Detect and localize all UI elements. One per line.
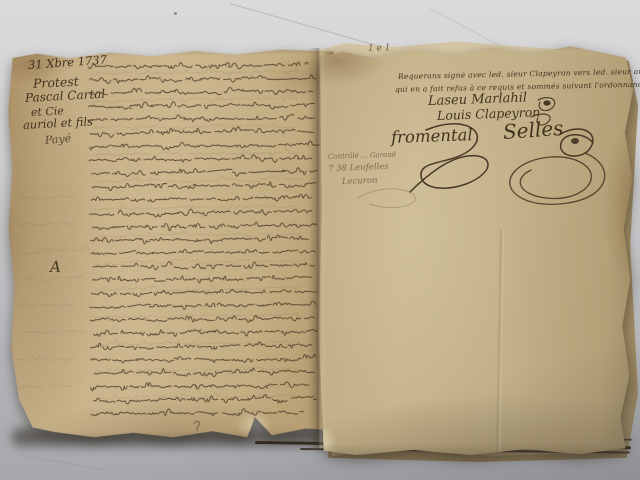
signature-flourishes [358,98,605,208]
handwriting-line [88,114,315,123]
handwriting-line [91,381,309,391]
flourish-oval [510,153,605,204]
handwriting-line [20,194,75,199]
handwriting-line [94,203,299,211]
handwriting-line [92,248,315,255]
left-page [4,44,338,447]
handwriting-line [94,328,317,338]
handwriting-line [94,367,315,378]
handwriting-line [19,383,72,388]
handwriting-line [91,289,316,297]
handwriting-line [90,141,320,150]
handwriting-line [88,100,314,111]
handwriting-line [93,149,298,158]
flourishes-right-page [318,40,637,460]
small-cross-mark [194,421,200,431]
handwriting-line [92,167,317,177]
handwriting-line [89,154,312,164]
handwriting-line [16,356,73,361]
signature-paraph-fromental [410,124,488,192]
handwriting-line [90,74,316,84]
right-page [318,40,637,460]
handwriting-line [95,365,301,372]
handwriting-line [90,86,312,96]
handwriting-line [92,96,297,105]
handwriting-line [24,331,87,335]
photo-of-manuscript: 31 Xbre 1737 Protest Pascal Cartal et Ci… [0,0,640,480]
ink-blob [543,100,550,105]
handwriting-line [90,301,316,310]
surface-speck [174,12,177,15]
handwriting-line [95,312,300,319]
handwriting-line [93,123,300,131]
handwriting-line [24,276,83,283]
handwriting-line [94,284,299,294]
handwriting-line [19,222,73,228]
handwriting-line [92,181,316,191]
handwriting-line [90,208,312,218]
ink-blob [571,138,579,144]
handwriting-line [90,126,313,137]
handwriting-line [91,354,316,363]
handwriting-line [15,302,72,307]
control-underline-flourish [358,189,415,208]
handwriting-line [24,246,94,255]
handwriting-line [92,221,316,231]
signature-paraph-2 [531,114,550,125]
handwriting-left-page [4,44,338,447]
handwriting-line [92,68,297,77]
handwriting-line [91,194,311,203]
handwriting-line [91,408,303,417]
handwriting-line [93,394,316,405]
surface-scratch [28,456,103,470]
handwriting-line [88,61,308,70]
handwriting-line [92,274,311,284]
